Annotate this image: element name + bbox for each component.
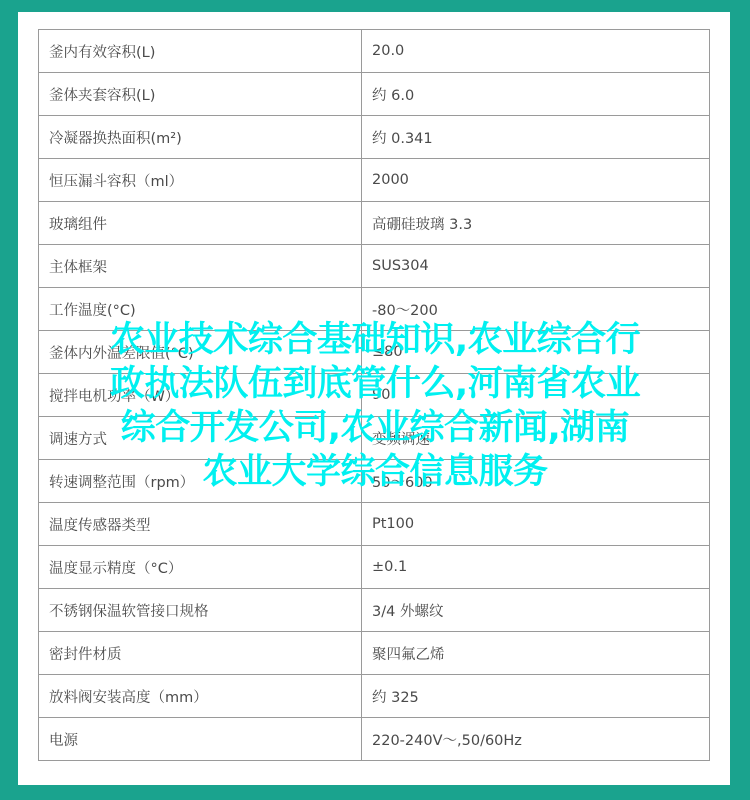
spec-value: 20.0 (362, 30, 710, 73)
spec-panel: 釜内有效容积(L)20.0釜体夹套容积(L)约 6.0冷凝器换热面积(m²)约 … (18, 12, 730, 785)
spec-key: 不锈钢保温软管接口规格 (39, 589, 362, 632)
spec-value: 约 325 (362, 675, 710, 718)
spec-value: SUS304 (362, 245, 710, 288)
spec-value: 90 (362, 374, 710, 417)
table-row: 放料阀安装高度（mm）约 325 (39, 675, 710, 718)
spec-key: 主体框架 (39, 245, 362, 288)
table-row: 恒压漏斗容积（ml）2000 (39, 159, 710, 202)
spec-value: 2000 (362, 159, 710, 202)
spec-value: -80～200 (362, 288, 710, 331)
table-row: 玻璃组件高硼硅玻璃 3.3 (39, 202, 710, 245)
spec-key: 电源 (39, 718, 362, 761)
spec-value: 220-240V～,50/60Hz (362, 718, 710, 761)
spec-table: 釜内有效容积(L)20.0釜体夹套容积(L)约 6.0冷凝器换热面积(m²)约 … (38, 29, 710, 761)
table-row: 主体框架SUS304 (39, 245, 710, 288)
spec-value: ≤80 (362, 331, 710, 374)
table-row: 调速方式变频调速 (39, 417, 710, 460)
spec-value: Pt100 (362, 503, 710, 546)
spec-value: 约 6.0 (362, 73, 710, 116)
spec-value: 50～600 (362, 460, 710, 503)
spec-key: 调速方式 (39, 417, 362, 460)
table-row: 釜体内外温差限值(°C)≤80 (39, 331, 710, 374)
spec-value: 约 0.341 (362, 116, 710, 159)
spec-key: 密封件材质 (39, 632, 362, 675)
spec-key: 转速调整范围（rpm） (39, 460, 362, 503)
table-row: 搅拌电机功率（W）90 (39, 374, 710, 417)
spec-value: 变频调速 (362, 417, 710, 460)
table-row: 工作温度(°C)-80～200 (39, 288, 710, 331)
table-row: 釜内有效容积(L)20.0 (39, 30, 710, 73)
spec-value: 高硼硅玻璃 3.3 (362, 202, 710, 245)
spec-value: ±0.1 (362, 546, 710, 589)
table-row: 釜体夹套容积(L)约 6.0 (39, 73, 710, 116)
spec-key: 工作温度(°C) (39, 288, 362, 331)
spec-key: 釜内有效容积(L) (39, 30, 362, 73)
spec-key: 温度传感器类型 (39, 503, 362, 546)
table-row: 电源220-240V～,50/60Hz (39, 718, 710, 761)
table-row: 转速调整范围（rpm）50～600 (39, 460, 710, 503)
table-row: 冷凝器换热面积(m²)约 0.341 (39, 116, 710, 159)
spec-key: 恒压漏斗容积（ml） (39, 159, 362, 202)
spec-key: 温度显示精度（°C） (39, 546, 362, 589)
spec-key: 釜体内外温差限值(°C) (39, 331, 362, 374)
spec-key: 釜体夹套容积(L) (39, 73, 362, 116)
spec-key: 冷凝器换热面积(m²) (39, 116, 362, 159)
table-row: 密封件材质聚四氟乙烯 (39, 632, 710, 675)
spec-key: 搅拌电机功率（W） (39, 374, 362, 417)
spec-value: 聚四氟乙烯 (362, 632, 710, 675)
table-row: 温度显示精度（°C）±0.1 (39, 546, 710, 589)
table-row: 温度传感器类型Pt100 (39, 503, 710, 546)
spec-value: 3/4 外螺纹 (362, 589, 710, 632)
spec-key: 放料阀安装高度（mm） (39, 675, 362, 718)
spec-key: 玻璃组件 (39, 202, 362, 245)
table-row: 不锈钢保温软管接口规格3/4 外螺纹 (39, 589, 710, 632)
